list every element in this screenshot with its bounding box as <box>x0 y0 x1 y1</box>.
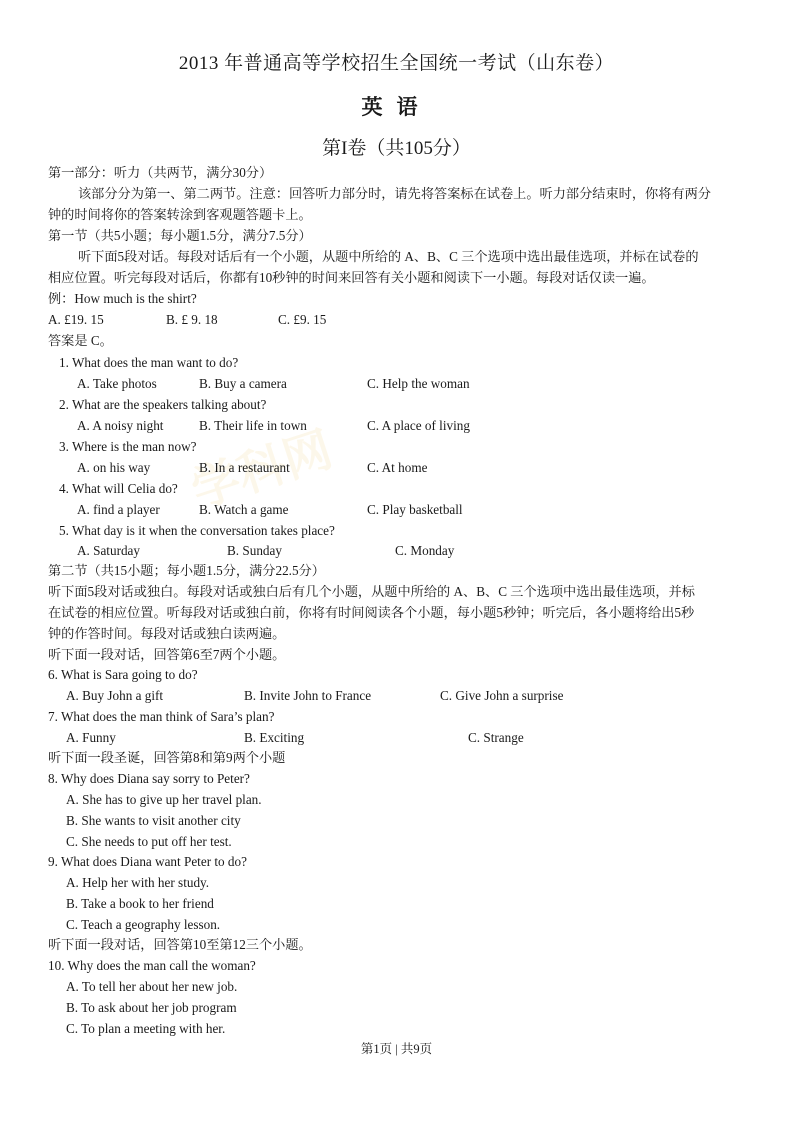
q7-option-a[interactable]: A. Funny <box>66 728 116 748</box>
question-7: 7. What does the man think of Sara’s pla… <box>48 707 274 727</box>
q7-option-b[interactable]: B. Exciting <box>244 728 304 748</box>
q10-option-c[interactable]: C. To plan a meeting with her. <box>66 1019 225 1039</box>
q9-option-c[interactable]: C. Teach a geography lesson. <box>66 915 220 935</box>
q3-option-a[interactable]: A. on his way <box>77 458 150 478</box>
q1-option-b[interactable]: B. Buy a camera <box>199 374 287 394</box>
q5-option-a[interactable]: A. Saturday <box>77 541 140 561</box>
group2-intro: 听下面一段圣诞，回答第8和第9两个小题 <box>48 748 285 768</box>
exam-title: 2013 年普通高等学校招生全国统一考试（山东卷） <box>0 48 793 75</box>
q6-option-b[interactable]: B. Invite John to France <box>244 686 371 706</box>
q5-option-b[interactable]: B. Sunday <box>227 541 282 561</box>
section2-instr-line3: 钟的作答时间。每段对话或独白读两遍。 <box>48 624 285 644</box>
page-indicator: 第1页 | 共9页 <box>0 1039 793 1057</box>
section2-instr-line1: 听下面5段对话或独白。每段对话或独白后有几个小题，从题中所给的 A、B、C 三个… <box>48 582 695 602</box>
volume-title: 第I卷（共105分） <box>0 133 793 160</box>
q7-option-c[interactable]: C. Strange <box>468 728 524 748</box>
q1-option-c[interactable]: C. Help the woman <box>367 374 470 394</box>
q2-option-c[interactable]: C. A place of living <box>367 416 470 436</box>
group1-intro: 听下面一段对话，回答第6至7两个小题。 <box>48 645 285 665</box>
question-2: 2. What are the speakers talking about? <box>59 395 266 415</box>
q1-option-a[interactable]: A. Take photos <box>77 374 157 394</box>
q10-option-b[interactable]: B. To ask about her job program <box>66 998 237 1018</box>
q6-option-a[interactable]: A. Buy John a gift <box>66 686 163 706</box>
question-3: 3. Where is the man now? <box>59 437 196 457</box>
q3-option-c[interactable]: C. At home <box>367 458 427 478</box>
q8-option-c[interactable]: C. She needs to put off her test. <box>66 832 232 852</box>
question-10: 10. Why does the man call the woman? <box>48 956 256 976</box>
q9-option-b[interactable]: B. Take a book to her friend <box>66 894 214 914</box>
q4-option-a[interactable]: A. find a player <box>77 500 160 520</box>
q4-option-b[interactable]: B. Watch a game <box>199 500 289 520</box>
q9-option-a[interactable]: A. Help her with her study. <box>66 873 209 893</box>
example-option-c: C. £9. 15 <box>278 310 326 330</box>
example-question: 例：How much is the shirt? <box>48 289 197 309</box>
example-option-a: A. £19. 15 <box>48 310 104 330</box>
q6-option-c[interactable]: C. Give John a surprise <box>440 686 563 706</box>
q8-option-a[interactable]: A. She has to give up her travel plan. <box>66 790 262 810</box>
section2-heading: 第二节（共15小题；每小题1.5分，满分22.5分） <box>48 561 325 581</box>
question-8: 8. Why does Diana say sorry to Peter? <box>48 769 250 789</box>
part1-heading: 第一部分：听力（共两节，满分30分） <box>48 163 272 183</box>
part1-intro-line1: 该部分分为第一、第二两节。注意：回答听力部分时，请先将答案标在试卷上。听力部分结… <box>78 184 711 204</box>
subject-title: 英语 <box>0 91 793 121</box>
q5-option-c[interactable]: C. Monday <box>395 541 454 561</box>
question-6: 6. What is Sara going to do? <box>48 665 198 685</box>
q3-option-b[interactable]: B. In a restaurant <box>199 458 290 478</box>
q2-option-b[interactable]: B. Their life in town <box>199 416 307 436</box>
q2-option-a[interactable]: A. A noisy night <box>77 416 163 436</box>
section2-instr-line2: 在试卷的相应位置。听每段对话或独白前，你将有时间阅读各个小题，每小题5秒钟；听完… <box>48 603 694 623</box>
question-5: 5. What day is it when the conversation … <box>59 521 335 541</box>
section1-heading: 第一节（共5小题；每小题1.5分，满分7.5分） <box>48 226 312 246</box>
q4-option-c[interactable]: C. Play basketball <box>367 500 463 520</box>
example-option-b: B. £ 9. 18 <box>166 310 218 330</box>
section1-instr-line2: 相应位置。听完每段对话后，你都有10秒钟的时间来回答有关小题和阅读下一小题。每段… <box>48 268 655 288</box>
q10-option-a[interactable]: A. To tell her about her new job. <box>66 977 237 997</box>
example-answer: 答案是 C。 <box>48 331 113 351</box>
question-1: 1. What does the man want to do? <box>59 353 238 373</box>
part1-intro-line2: 钟的时间将你的答案转涂到客观题答题卡上。 <box>48 205 312 225</box>
group3-intro: 听下面一段对话，回答第10至第12三个小题。 <box>48 935 312 955</box>
question-4: 4. What will Celia do? <box>59 479 178 499</box>
section1-instr-line1: 听下面5段对话。每段对话后有一个小题，从题中所给的 A、B、C 三个选项中选出最… <box>78 247 699 267</box>
q8-option-b[interactable]: B. She wants to visit another city <box>66 811 241 831</box>
question-9: 9. What does Diana want Peter to do? <box>48 852 247 872</box>
